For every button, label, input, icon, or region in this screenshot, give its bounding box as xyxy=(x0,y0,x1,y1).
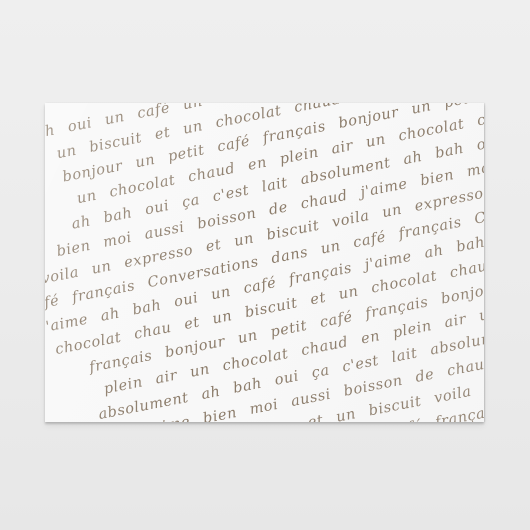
script-pattern-card: ah bah oui un café un chocolat chaud en … xyxy=(45,103,484,422)
mockup-background: ah bah oui un café un chocolat chaud en … xyxy=(0,0,530,530)
handwriting-pattern: ah bah oui un café un chocolat chaud en … xyxy=(45,103,484,422)
